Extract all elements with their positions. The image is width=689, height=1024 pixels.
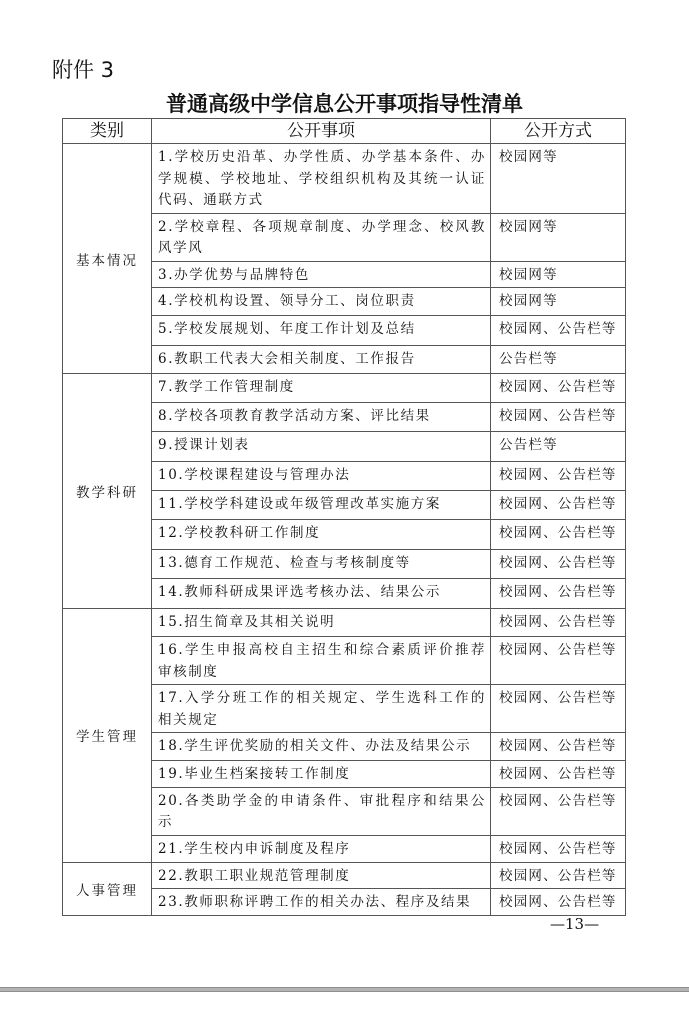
attachment-label: 附件 3 [52, 54, 114, 84]
table-row: 学生管理15.招生简章及其相关说明校园网、公告栏等 [63, 609, 626, 637]
table-row: 基本情况1.学校历史沿革、办学性质、办学基本条件、办学规模、学校地址、学校组织机… [63, 144, 626, 214]
item-cell: 15.招生简章及其相关说明 [152, 609, 491, 637]
header-item: 公开事项 [152, 119, 491, 144]
method-cell: 校园网、公告栏等 [491, 609, 626, 637]
method-cell: 校园网、公告栏等 [491, 374, 626, 403]
category-cell: 基本情况 [63, 144, 152, 374]
method-cell: 公告栏等 [491, 432, 626, 462]
item-cell: 22.教职工职业规范管理制度 [152, 862, 491, 889]
method-cell: 校园网、公告栏等 [491, 579, 626, 609]
item-cell: 1.学校历史沿革、办学性质、办学基本条件、办学规模、学校地址、学校组织机构及其统… [152, 144, 491, 214]
item-cell: 9.授课计划表 [152, 432, 491, 462]
method-cell: 校园网、公告栏等 [491, 316, 626, 346]
item-cell: 5.学校发展规划、年度工作计划及总结 [152, 316, 491, 346]
method-cell: 校园网、公告栏等 [491, 862, 626, 889]
method-cell: 校园网、公告栏等 [491, 889, 626, 916]
item-cell: 3.办学优势与品牌特色 [152, 261, 491, 288]
item-cell: 11.学校学科建设或年级管理改革实施方案 [152, 491, 491, 520]
method-cell: 校园网、公告栏等 [491, 761, 626, 788]
method-cell: 校园网、公告栏等 [491, 520, 626, 550]
category-cell: 人事管理 [63, 862, 152, 915]
item-cell: 18.学生评优奖励的相关文件、办法及结果公示 [152, 733, 491, 761]
page-separator [0, 987, 689, 992]
disclosure-table: 类别 公开事项 公开方式 基本情况1.学校历史沿革、办学性质、办学基本条件、办学… [62, 118, 626, 916]
item-cell: 21.学生校内申诉制度及程序 [152, 835, 491, 862]
item-cell: 17.入学分班工作的相关规定、学生选科工作的相关规定 [152, 685, 491, 733]
item-cell: 16.学生申报高校自主招生和综合素质评价推荐审核制度 [152, 637, 491, 685]
item-cell: 8.学校各项教育教学活动方案、评比结果 [152, 403, 491, 432]
document-title: 普通高级中学信息公开事项指导性清单 [0, 88, 689, 118]
method-cell: 校园网、公告栏等 [491, 733, 626, 761]
method-cell: 校园网、公告栏等 [491, 637, 626, 685]
item-cell: 10.学校课程建设与管理办法 [152, 462, 491, 491]
item-cell: 7.教学工作管理制度 [152, 374, 491, 403]
item-cell: 19.毕业生档案接转工作制度 [152, 761, 491, 788]
item-cell: 12.学校教科研工作制度 [152, 520, 491, 550]
table-row: 教学科研7.教学工作管理制度校园网、公告栏等 [63, 374, 626, 403]
page-number: —13— [550, 915, 599, 933]
table-row: 人事管理22.教职工职业规范管理制度校园网、公告栏等 [63, 862, 626, 889]
category-cell: 学生管理 [63, 609, 152, 863]
method-cell: 校园网、公告栏等 [491, 787, 626, 835]
method-cell: 校园网、公告栏等 [491, 403, 626, 432]
item-cell: 4.学校机构设置、领导分工、岗位职责 [152, 288, 491, 316]
item-cell: 13.德育工作规范、检查与考核制度等 [152, 550, 491, 579]
item-cell: 14.教师科研成果评选考核办法、结果公示 [152, 579, 491, 609]
table-header-row: 类别 公开事项 公开方式 [63, 119, 626, 144]
method-cell: 校园网等 [491, 288, 626, 316]
method-cell: 校园网等 [491, 261, 626, 288]
item-cell: 23.教师职称评聘工作的相关办法、程序及结果 [152, 889, 491, 916]
category-cell: 教学科研 [63, 374, 152, 609]
method-cell: 校园网、公告栏等 [491, 685, 626, 733]
method-cell: 校园网、公告栏等 [491, 491, 626, 520]
method-cell: 校园网等 [491, 144, 626, 214]
header-method: 公开方式 [491, 119, 626, 144]
method-cell: 公告栏等 [491, 346, 626, 374]
item-cell: 20.各类助学金的申请条件、审批程序和结果公示 [152, 787, 491, 835]
header-category: 类别 [63, 119, 152, 144]
method-cell: 校园网、公告栏等 [491, 462, 626, 491]
item-cell: 6.教职工代表大会相关制度、工作报告 [152, 346, 491, 374]
method-cell: 校园网、公告栏等 [491, 835, 626, 862]
table-body: 基本情况1.学校历史沿革、办学性质、办学基本条件、办学规模、学校地址、学校组织机… [63, 144, 626, 916]
item-cell: 2.学校章程、各项规章制度、办学理念、校风教风学风 [152, 213, 491, 261]
method-cell: 校园网、公告栏等 [491, 550, 626, 579]
method-cell: 校园网等 [491, 213, 626, 261]
